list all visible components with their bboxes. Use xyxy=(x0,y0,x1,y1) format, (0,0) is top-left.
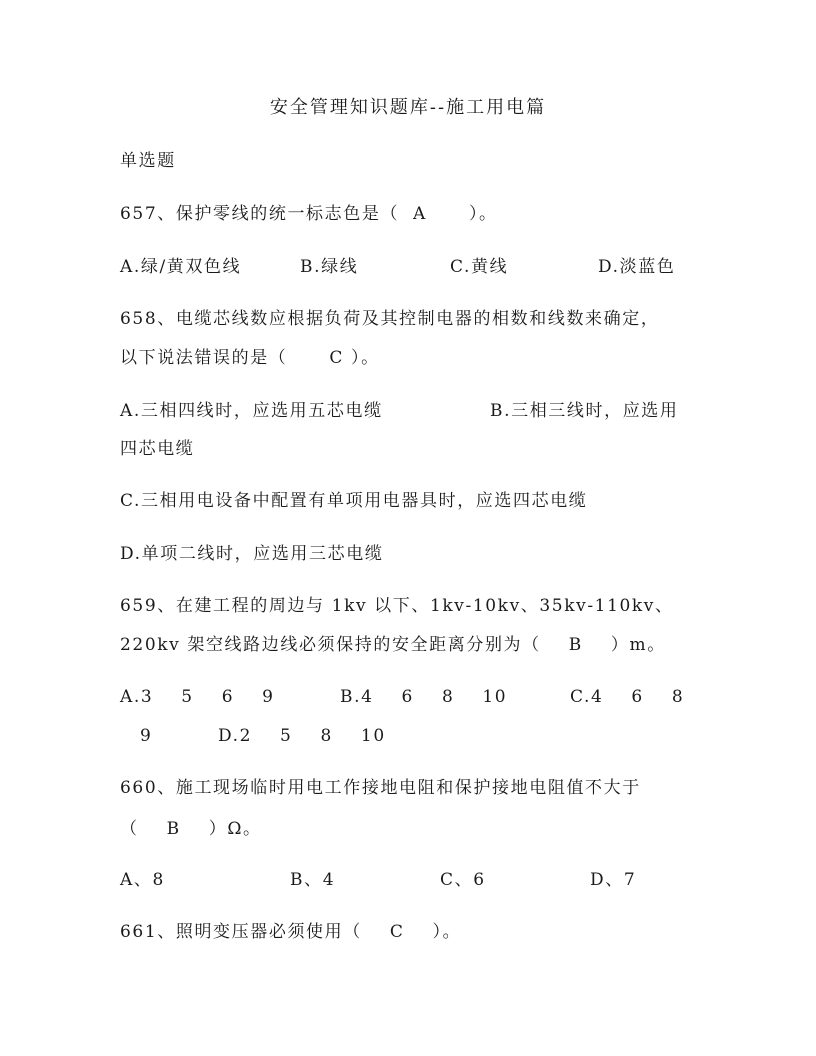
question-658-option-d: D.单项二线时，应选用三芯电缆 xyxy=(120,543,383,565)
question-659-option-c-continued: 9 xyxy=(140,725,152,747)
question-659-option-a: A.3 5 6 9 xyxy=(120,686,275,708)
section-heading: 单选题 xyxy=(120,150,176,172)
question-660-option-c: C、6 xyxy=(440,869,486,891)
question-657-option-c: C.黄线 xyxy=(450,256,508,278)
document-page: 安全管理知识题库--施工用电篇 单选题 657、保护零线的统一标志色是（ A ）… xyxy=(0,0,816,1056)
question-658-text-line2: 以下说法错误的是（ C ）。 xyxy=(120,347,380,369)
question-660-text-line1: 660、施工现场临时用电工作接地电阻和保护接地电阻值不大于 xyxy=(120,777,641,799)
question-660-option-b: B、4 xyxy=(290,869,335,891)
question-659-option-d: D.2 5 8 10 xyxy=(218,725,386,747)
question-659-text-line1: 659、在建工程的周边与 1kv 以下、1kv-10kv、35kv-110kv、 xyxy=(120,595,674,617)
question-658-option-b: B.三相三线时，应选用 xyxy=(490,400,679,422)
question-658-option-c: C.三相用电设备中配置有单项用电器具时，应选四芯电缆 xyxy=(120,490,587,512)
question-659-option-c: C.4 6 8 xyxy=(570,686,684,708)
question-658-option-a: A.三相四线时，应选用五芯电缆 xyxy=(120,400,383,422)
question-661-text: 661、照明变压器必须使用（ C ）。 xyxy=(120,921,461,943)
question-660-option-d: D、7 xyxy=(590,869,636,891)
question-660-option-a: A、8 xyxy=(120,869,165,891)
question-657-option-a: A.绿/黄双色线 xyxy=(120,256,241,278)
document-title: 安全管理知识题库--施工用电篇 xyxy=(0,96,816,120)
question-658-option-b-continued: 四芯电缆 xyxy=(120,438,194,460)
question-658-text-line1: 658、电缆芯线数应根据负荷及其控制电器的相数和线数来确定， xyxy=(120,308,659,330)
question-657-option-d: D.淡蓝色 xyxy=(598,256,675,278)
question-657-option-b: B.绿线 xyxy=(300,256,358,278)
question-657-text: 657、保护零线的统一标志色是（ A ）。 xyxy=(120,203,498,225)
question-659-option-b: B.4 6 8 10 xyxy=(340,686,507,708)
question-659-text-line2: 220kv 架空线路边线必须保持的安全距离分别为（ B ）m。 xyxy=(120,634,666,656)
question-660-text-line2: （ B ）Ω。 xyxy=(120,818,262,840)
